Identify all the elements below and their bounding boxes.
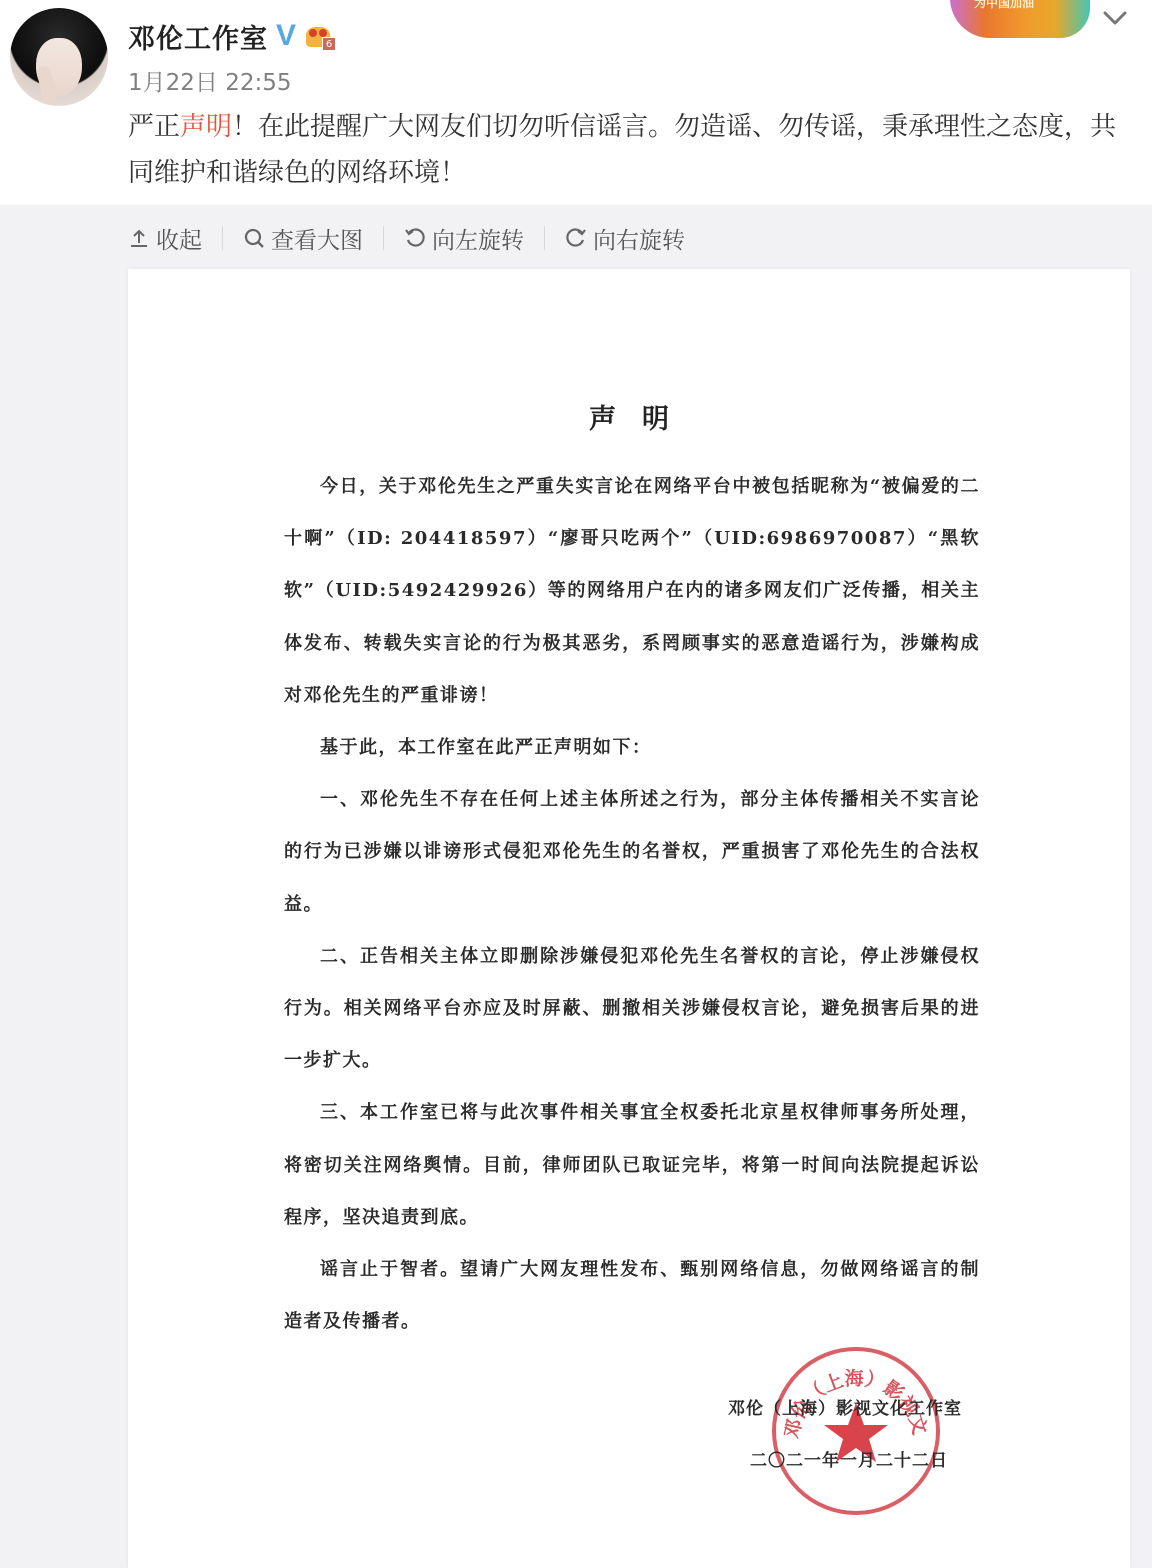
collapse-button[interactable]: 收起 xyxy=(128,221,202,255)
avatar[interactable] xyxy=(10,8,108,106)
rotate-right-button[interactable]: 向右旋转 xyxy=(565,221,685,255)
signature-date: 二〇二一年一月二十二日 xyxy=(750,1446,948,1471)
chevron-down-icon[interactable] xyxy=(1100,6,1130,30)
view-large-label: 查看大图 xyxy=(271,222,363,255)
statement-paragraph: 三、本工作室已将与此次事件相关事宜全权委托北京星权律师事务所处理，将密切关注网络… xyxy=(284,1087,980,1244)
media-panel: 收起 查看大图 向左旋转 向右旋转 声明 xyxy=(0,205,1152,1568)
view-large-button[interactable]: 查看大图 xyxy=(243,221,363,255)
toolbar-divider xyxy=(544,226,545,250)
post-text: 严正声明！在此提醒广大网友们切勿听信谣言。勿造谣、勿传谣，秉承理性之态度，共同维… xyxy=(128,104,1118,196)
zoom-icon xyxy=(243,227,265,249)
post-text-highlight: 声明 xyxy=(180,112,232,142)
post-timestamp[interactable]: 1月22日 22:55 xyxy=(128,64,292,97)
author-row: 邓伦工作室 V 6 xyxy=(128,14,336,58)
signature-org: 邓伦（上海）影视文化工作室 xyxy=(728,1394,962,1419)
post-header: 邓伦工作室 V 6 1月22日 22:55 严正声明！在此提醒广大网友们切勿听信… xyxy=(0,0,1152,205)
image-toolbar: 收起 查看大图 向左旋转 向右旋转 xyxy=(128,221,685,255)
statement-body: 今日，关于邓伦先生之严重失实言论在网络平台中被包括昵称为“被偏爱的二十啊”（ID… xyxy=(284,461,980,1348)
statement-paragraph: 谣言止于智者。望请广大网友理性发布、甄别网络信息，勿做网络谣言的制造者及传播者。 xyxy=(284,1244,980,1348)
rotate-left-button[interactable]: 向左旋转 xyxy=(404,221,524,255)
statement-paragraph: 二、正告相关主体立即删除涉嫌侵犯邓伦先生名誉权的言论，停止涉嫌侵权行为。相关网络… xyxy=(284,931,980,1088)
rotate-left-label: 向左旋转 xyxy=(432,222,524,255)
statement-image[interactable]: 声明 今日，关于邓伦先生之严重失实言论在网络平台中被包括昵称为“被偏爱的二十啊”… xyxy=(128,269,1130,1568)
rotate-left-icon xyxy=(404,227,426,249)
collapse-icon xyxy=(128,227,150,249)
official-seal: 邓伦（上海）影视文化工作室 xyxy=(772,1347,940,1515)
statement-paragraph: 一、邓伦先生不存在任何上述主体所述之行为，部分主体传播相关不实言论的行为已涉嫌以… xyxy=(284,774,980,931)
rotate-right-icon xyxy=(565,227,587,249)
post-text-prefix: 严正 xyxy=(128,112,180,142)
crown-dot xyxy=(319,29,327,37)
campaign-badge[interactable]: 为中国加油 xyxy=(950,0,1090,38)
collapse-label: 收起 xyxy=(156,222,202,255)
statement-paragraph: 基于此，本工作室在此严正声明如下： xyxy=(284,722,980,774)
vip-crown-icon[interactable]: 6 xyxy=(304,21,336,51)
statement-paragraph: 今日，关于邓伦先生之严重失实言论在网络平台中被包括昵称为“被偏爱的二十啊”（ID… xyxy=(284,461,980,722)
campaign-badge-text: 为中国加油 xyxy=(974,0,1034,11)
toolbar-divider xyxy=(222,226,223,250)
post-text-body: ！在此提醒广大网友们切勿听信谣言。勿造谣、勿传谣，秉承理性之态度，共同维护和谐绿… xyxy=(128,112,1116,188)
crown-dot xyxy=(309,29,317,37)
seal-star-icon: 邓伦（上海）影视文化工作室 xyxy=(776,1351,936,1511)
author-name[interactable]: 邓伦工作室 xyxy=(128,17,268,56)
statement-title: 声明 xyxy=(128,397,1130,436)
verified-icon: V xyxy=(276,21,296,51)
vip-level: 6 xyxy=(322,37,336,51)
rotate-right-label: 向右旋转 xyxy=(593,222,685,255)
toolbar-divider xyxy=(383,226,384,250)
